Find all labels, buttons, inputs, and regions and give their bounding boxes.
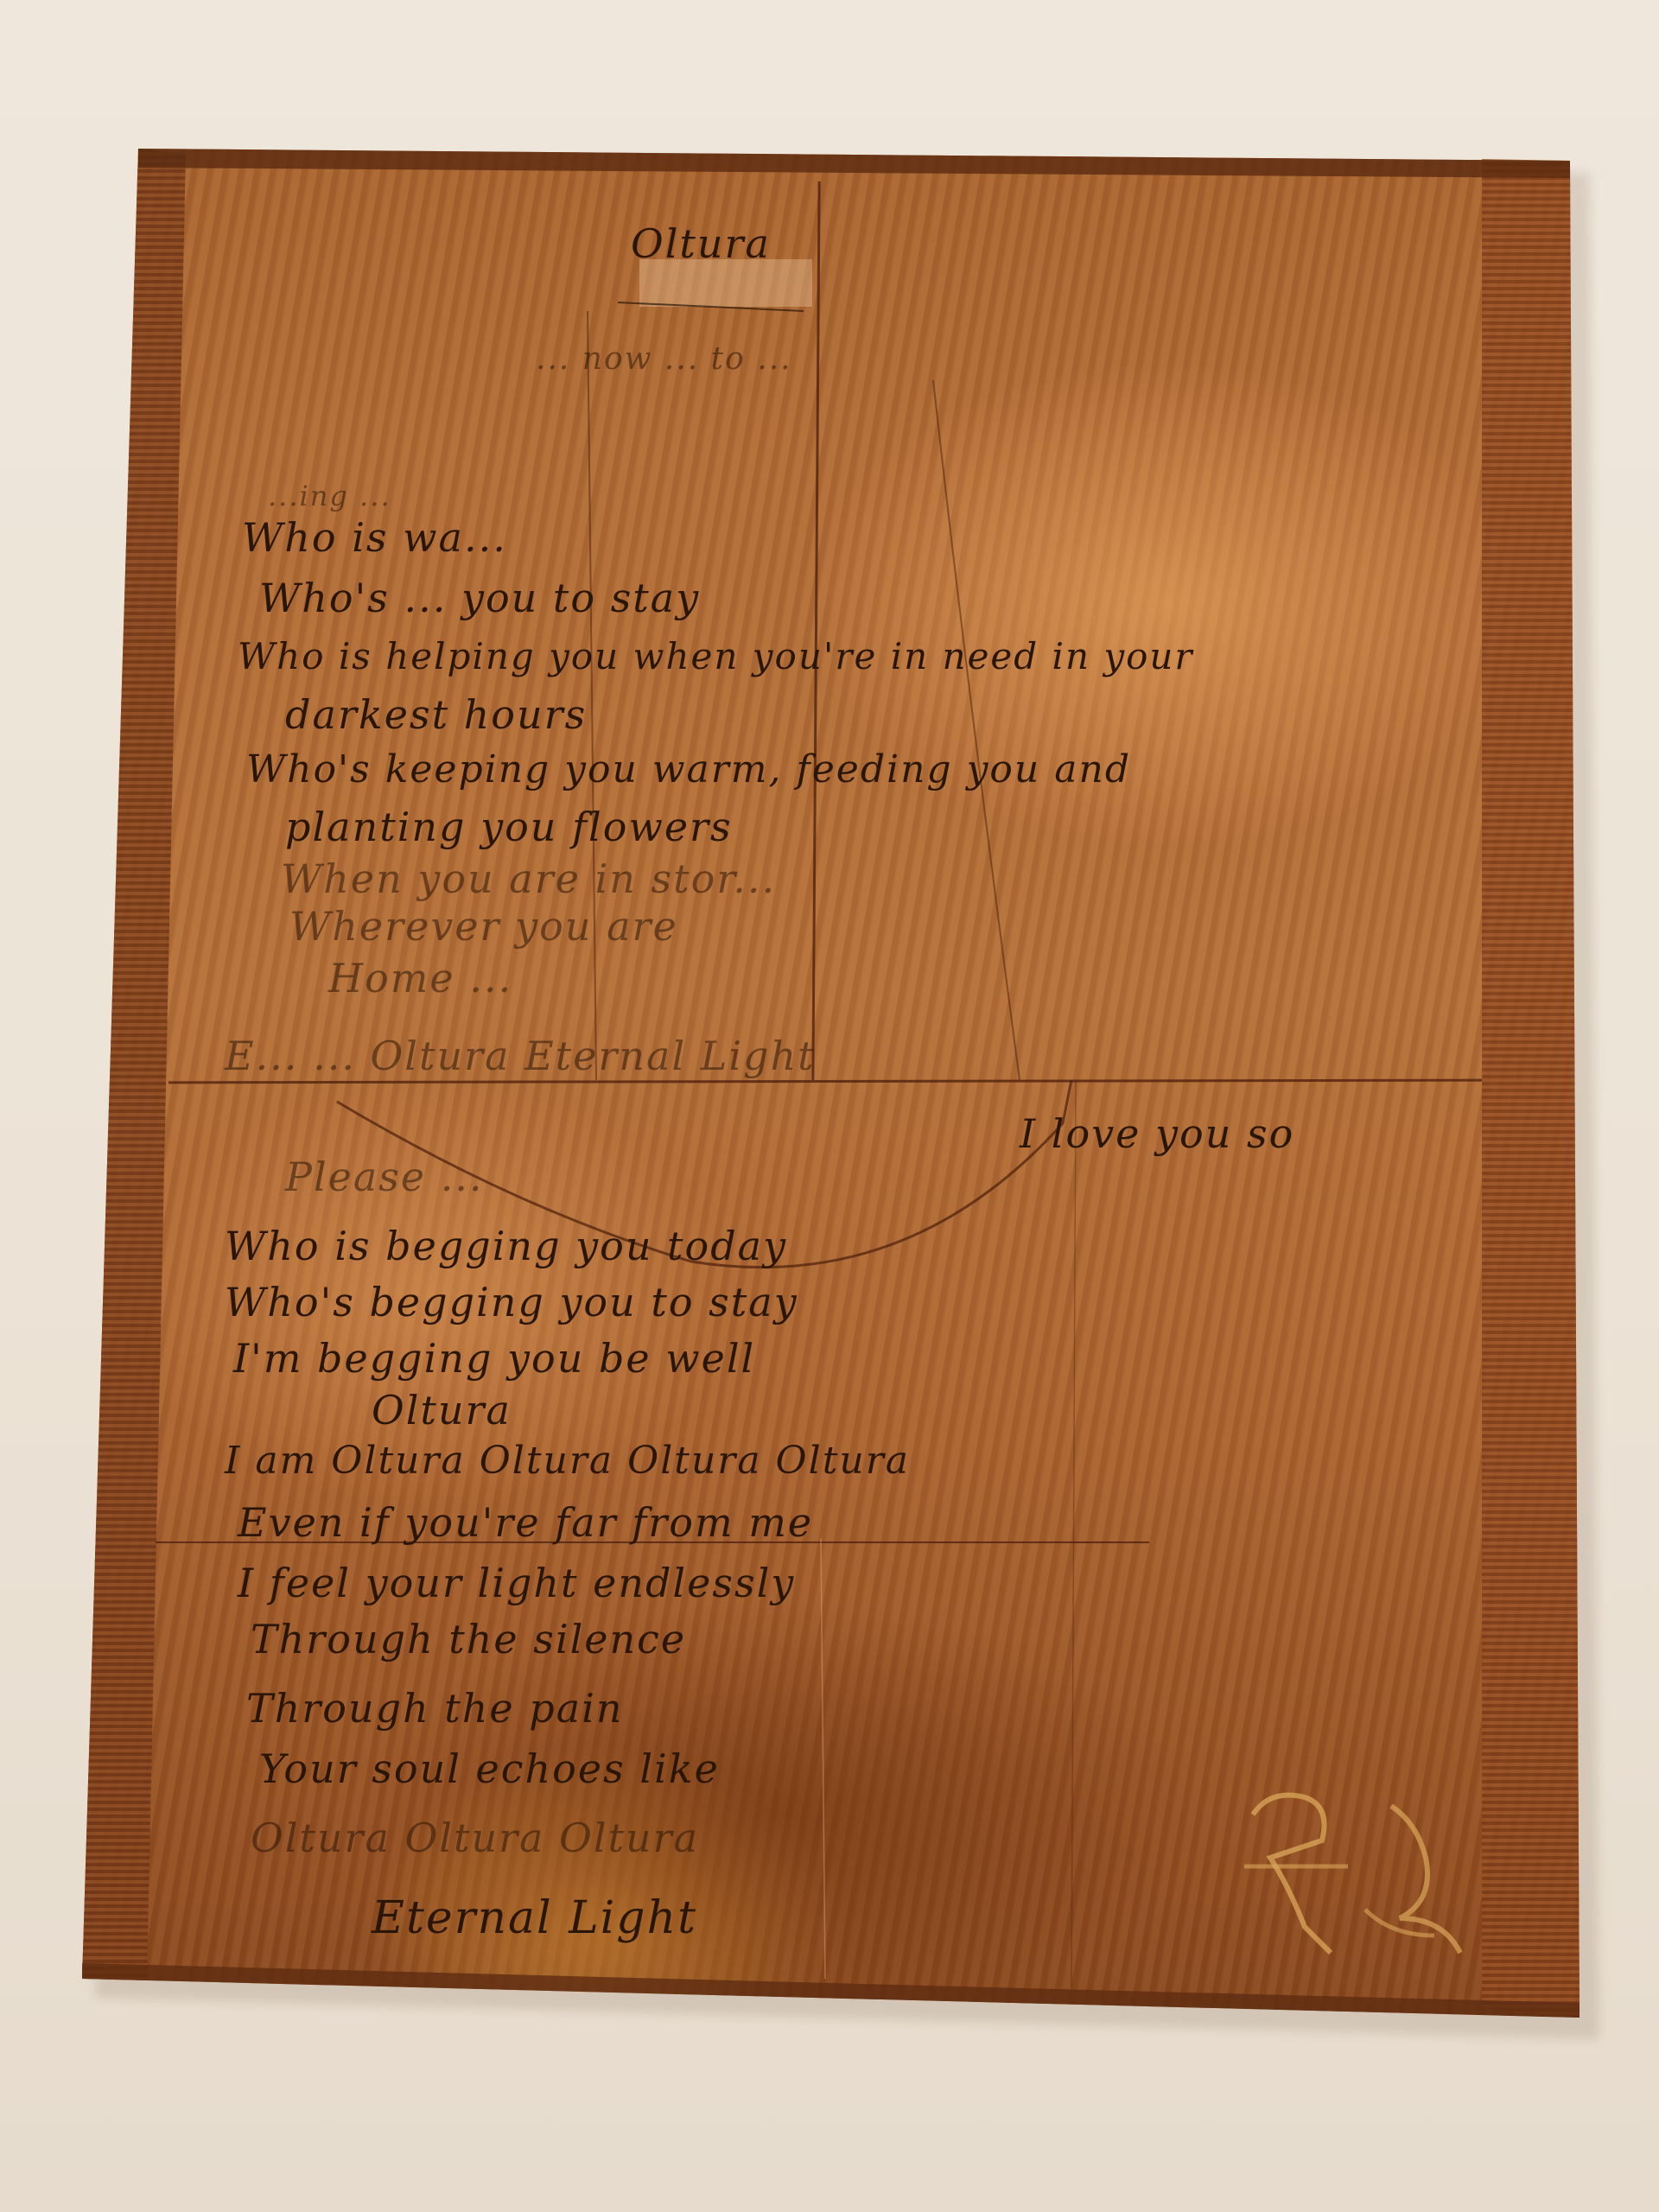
lyric-line: Home ... [328, 955, 512, 1001]
lyric-line: Who's begging you to stay [225, 1279, 798, 1325]
lyric-line: ... now ... to ... [536, 341, 792, 377]
artist-signature [1218, 1754, 1478, 1979]
lyric-line: Oltura [372, 1387, 512, 1433]
lyric-line: Oltura Oltura Oltura [251, 1815, 699, 1861]
lyric-line: When you are in stor... [281, 855, 776, 902]
lyric-line: planting you flowers [285, 804, 733, 850]
lyric-line: Through the silence [251, 1616, 686, 1662]
lyric-line: ...ing ... [268, 480, 391, 512]
lyric-line: Who's ... you to stay [259, 575, 700, 621]
lyric-line-final: Eternal Light [372, 1892, 697, 1944]
lyric-line: Through the pain [246, 1685, 623, 1732]
lyric-line: I feel your light endlessly [238, 1560, 795, 1606]
lyric-line: Who is helping you when you're in need i… [238, 635, 1194, 677]
lyric-line: Your soul echoes like [259, 1745, 720, 1792]
lyric-line: I am Oltura Oltura Oltura Oltura [225, 1439, 910, 1483]
lyric-line: I love you so [1020, 1110, 1294, 1157]
lyric-line: Wherever you are [289, 903, 678, 950]
lyric-line: darkest hours [285, 691, 587, 738]
lyric-line: E... ... Oltura Eternal Light [225, 1033, 816, 1079]
lyric-line: Even if you're far from me [238, 1499, 813, 1546]
lyric-line: Please ... [285, 1154, 484, 1200]
lyric-line: Who is begging you today [225, 1223, 787, 1269]
artwork-title: Oltura [631, 220, 771, 267]
lyric-line: Who's keeping you warm, feeding you and [246, 747, 1131, 791]
lyric-line: I'm begging you be well [233, 1335, 755, 1382]
lyric-line: Who is wa... [242, 514, 507, 561]
